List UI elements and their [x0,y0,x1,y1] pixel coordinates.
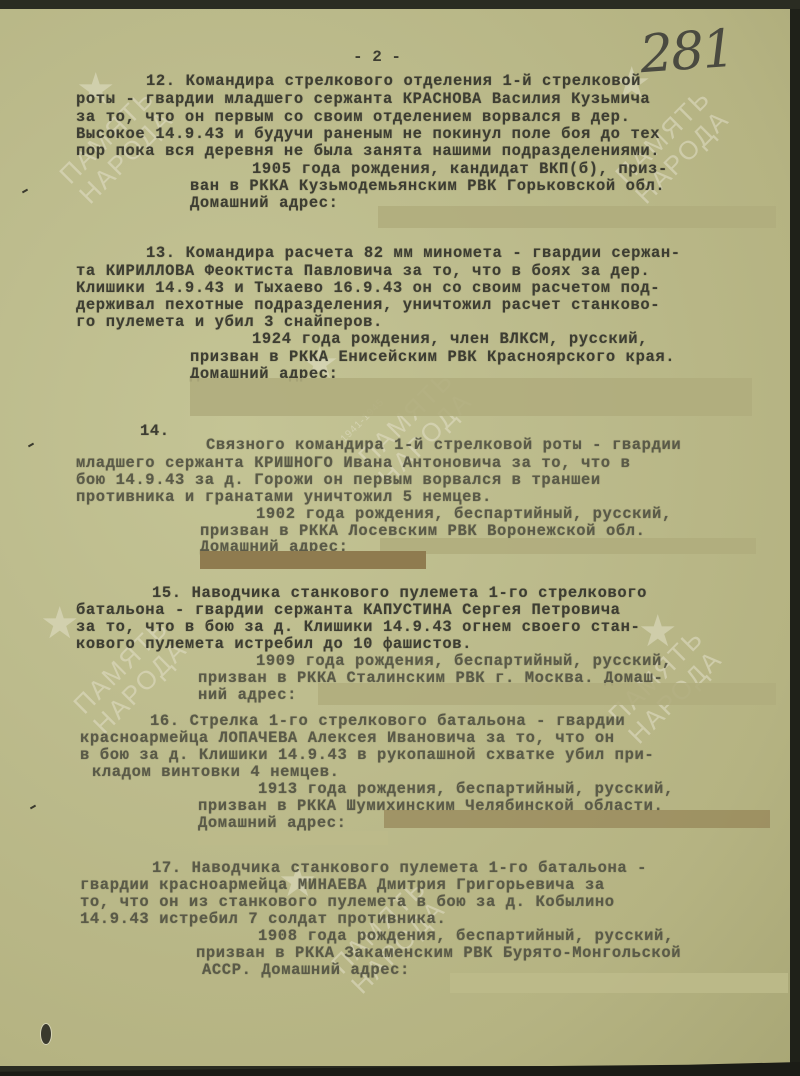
entry-line: за то, что он первым со своим отделением… [76,108,630,126]
entry-line: призван в РККА Закаменским РВК Бурято-Мо… [196,944,681,962]
entry-line: пор пока вся деревня не была занята наши… [76,142,660,160]
redacted-address [384,810,770,828]
entry-line: держивал пехотные подразделения, уничтож… [76,296,660,314]
scan-border-right [790,0,800,1076]
entry-line: ван в РККА Кузьмодемьянским РВК Горьковс… [190,177,665,195]
entry-line: 1908 года рождения, беспартийный, русски… [258,927,674,945]
home-address-label: Домашний адрес: [190,194,339,212]
entry-line: 1913 года рождения, беспартийный, русски… [258,780,674,798]
home-address-label: ний адрес: [198,686,297,704]
scan-speck [22,189,28,194]
entry-number: 14. [140,422,170,440]
entry-line: Высокое 14.9.43 и будучи раненым не поки… [76,125,660,143]
entry-line: 12. Командира стрелкового отделения 1-й … [146,72,641,90]
entry-line: 1905 года рождения, кандидат ВКП(б), при… [252,160,668,178]
scan-speck [30,805,36,810]
redacted-address [200,551,426,569]
redacted-address [318,683,776,705]
entry-line: 1909 года рождения, беспартийный, русски… [256,652,672,670]
entry-line: 16. Стрелка 1-го стрелкового батальона -… [150,712,625,730]
entry-line: Связного командира 1-й стрелковой роты -… [206,436,681,454]
entry-line: в бою за д. Клишики 14.9.43 в рукопашной… [80,746,654,764]
entry-line: 1902 года рождения, беспартийный, русски… [256,505,672,523]
redacted-address [450,973,788,993]
archive-sheet-number: 281 [638,19,735,85]
page-number: - 2 - [353,48,401,66]
entry-line: 1924 года рождения, член ВЛКСМ, русский, [252,330,648,348]
home-address-label: АССР. Домашний адрес: [202,961,410,979]
entry-line: 13. Командира расчета 82 мм миномета - г… [146,244,681,262]
entry-line: батальона - гвардии сержанта КАПУСТИНА С… [76,601,621,619]
entry-line: красноармейца ЛОПАЧЕВА Алексея Ивановича… [80,729,615,747]
punch-hole-icon [40,1023,52,1045]
entry-line: 15. Наводчика станкового пулемета 1-го с… [152,584,647,602]
entry-line: бою 14.9.43 за д. Горожи он первым ворва… [76,471,601,489]
entry-line: кового пулемета истребил до 10 фашистов. [76,635,472,653]
entry-line: призван в РККА Енисейским РВК Красноярск… [190,348,675,366]
document-page: ★ ПАМЯТЬ НАРОДА ★ ПАМЯТЬ НАРОДА ★ 1941-1… [0,8,790,1066]
entry-line: кладом винтовки 4 немцев. [92,763,340,781]
redacted-address [198,831,388,845]
redacted-address [190,378,752,416]
redacted-address [378,206,776,228]
redacted-address [380,538,756,554]
entry-line: за то, что в бою за д. Клишики 14.9.43 о… [76,618,640,636]
entry-line: Клишики 14.9.43 и Тыхаево 16.9.43 он со … [76,279,660,297]
entry-line: гвардии красноармейца МИНАЕВА Дмитрия Гр… [80,876,605,894]
watermark-star-icon: ★ [40,598,79,649]
entry-line: 14.9.43 истребил 7 солдат противника. [80,910,446,928]
entry-line: роты - гвардии младшего сержанта КРАСНОВ… [76,90,650,108]
entry-line: го пулемета и убил 3 снайперов. [76,313,383,331]
home-address-label: Домашний адрес: [198,814,347,832]
watermark-star-icon: ★ [638,606,677,657]
entry-line: противника и гранатами уничтожил 5 немце… [76,488,492,506]
entry-line: то, что он из станкового пулемета в бою … [80,893,615,911]
scan-speck [28,443,34,448]
entry-line: младшего сержанта КРИШНОГО Ивана Антонов… [76,454,630,472]
scan-border-top [0,0,800,9]
entry-line: 17. Наводчика станкового пулемета 1-го б… [152,859,647,877]
entry-line: та КИРИЛЛОВА Феоктиста Павловича за то, … [76,262,650,280]
